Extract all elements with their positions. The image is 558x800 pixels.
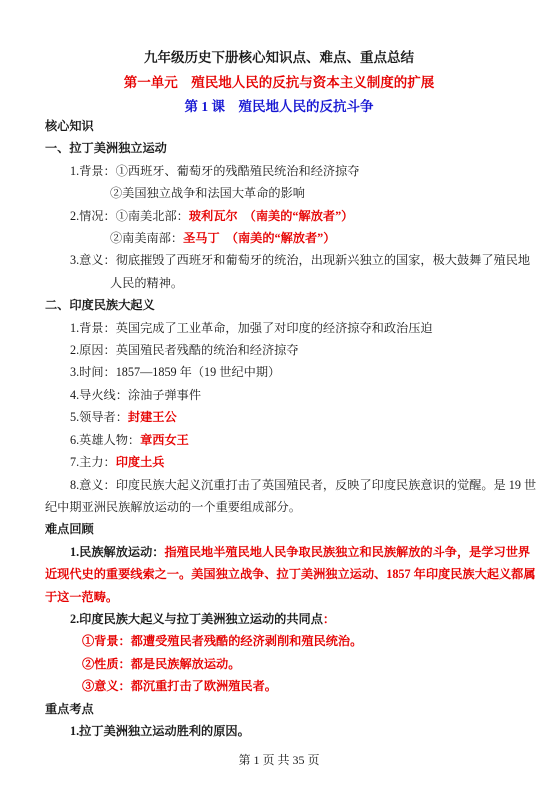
doc-line: ①背景：都遭受殖民者残酷的经济剥削和殖民统治。 xyxy=(45,630,535,652)
doc-line: 1.拉丁美洲独立运动胜利的原因。 xyxy=(45,720,535,742)
text-segment: 二、印度民族大起义 xyxy=(45,298,155,312)
text-segment: ②美国独立战争和法国大革命的影响 xyxy=(110,186,305,200)
text-segment: 8.意义：印度民族大起义沉重打击了英国殖民者，反映了印度民族意识的觉醒。是 19… xyxy=(70,478,536,492)
text-segment: 3.意义：彻底摧毁了西班牙和葡萄牙的统治，出现新兴独立的国家，极大鼓舞了殖民地 xyxy=(70,253,530,267)
text-segment: 5.领导者： xyxy=(70,410,128,424)
doc-line: 2.印度民族大起义与拉丁美洲独立运动的共同点： xyxy=(45,608,535,630)
doc-line: 2.情况：①南美北部：玻利瓦尔 （南美的“解放者”） xyxy=(45,205,535,227)
doc-line: 1.背景：①西班牙、葡萄牙的残酷殖民统治和经济掠夺 xyxy=(45,160,535,182)
doc-title: 九年级历史下册核心知识点、难点、重点总结 xyxy=(0,46,558,71)
doc-line: 5.领导者：封建王公 xyxy=(45,406,535,428)
doc-line: 2.原因：英国殖民者残酷的统治和经济掠夺 xyxy=(45,339,535,361)
text-segment: 7.主力： xyxy=(70,455,116,469)
text-segment: 于这一范畴。 xyxy=(45,590,118,604)
text-segment: 3.时间：1857—1859 年（19 世纪中期） xyxy=(70,365,280,379)
document-page: 九年级历史下册核心知识点、难点、重点总结 第一单元 殖民地人民的反抗与资本主义制… xyxy=(0,0,558,800)
doc-line: ②美国独立战争和法国大革命的影响 xyxy=(45,182,535,204)
text-segment: 4.导火线：涂油子弹事件 xyxy=(70,388,201,402)
doc-line: 难点回顾 xyxy=(45,518,535,540)
text-segment: 章西女王 xyxy=(140,433,189,447)
doc-line: 核心知识 xyxy=(45,115,535,137)
text-segment: ①背景：都遭受殖民者残酷的经济剥削和殖民统治。 xyxy=(82,634,362,648)
text-segment: 2.印度民族大起义与拉丁美洲独立运动的共同点 xyxy=(70,612,323,626)
text-segment: 重点考点 xyxy=(45,702,94,716)
text-segment: 近现代史的重要线索之一。美国独立战争、拉丁美洲独立运动、1857 年印度民族大起… xyxy=(45,567,536,581)
text-segment: 2.原因：英国殖民者残酷的统治和经济掠夺 xyxy=(70,343,299,357)
doc-line: 纪中期亚洲民族解放运动的一个重要组成部分。 xyxy=(45,496,535,518)
text-segment: 封建王公 xyxy=(128,410,177,424)
text-segment: 圣马丁 （南美的“解放者”） xyxy=(183,231,335,245)
text-segment: 人民的精神。 xyxy=(110,276,183,290)
text-segment: 1.民族解放运动： xyxy=(70,545,164,559)
text-segment: ： xyxy=(323,612,335,626)
text-segment: 一、拉丁美洲独立运动 xyxy=(45,141,167,155)
text-segment: ③意义：都沉重打击了欧洲殖民者。 xyxy=(82,679,277,693)
doc-line: 4.导火线：涂油子弹事件 xyxy=(45,384,535,406)
doc-line: 二、印度民族大起义 xyxy=(45,294,535,316)
text-segment: 6.英雄人物： xyxy=(70,433,140,447)
doc-line: 3.意义：彻底摧毁了西班牙和葡萄牙的统治，出现新兴独立的国家，极大鼓舞了殖民地 xyxy=(45,249,535,271)
doc-body: 核心知识一、拉丁美洲独立运动1.背景：①西班牙、葡萄牙的残酷殖民统治和经济掠夺②… xyxy=(45,115,535,742)
text-segment: 印度土兵 xyxy=(116,455,165,469)
doc-line: 6.英雄人物：章西女王 xyxy=(45,429,535,451)
text-segment: 纪中期亚洲民族解放运动的一个重要组成部分。 xyxy=(45,500,301,514)
header-block: 九年级历史下册核心知识点、难点、重点总结 第一单元 殖民地人民的反抗与资本主义制… xyxy=(0,46,558,120)
doc-line: 8.意义：印度民族大起义沉重打击了英国殖民者，反映了印度民族意识的觉醒。是 19… xyxy=(45,474,535,496)
text-segment: 指殖民地半殖民地人民争取民族独立和民族解放的斗争，是学习世界 xyxy=(164,545,530,559)
doc-line: 一、拉丁美洲独立运动 xyxy=(45,137,535,159)
text-segment: 玻利瓦尔 （南美的“解放者”） xyxy=(189,209,354,223)
text-segment: 1.拉丁美洲独立运动胜利的原因。 xyxy=(70,724,250,738)
doc-line: ②性质：都是民族解放运动。 xyxy=(45,653,535,675)
text-segment: 难点回顾 xyxy=(45,522,94,536)
page-number: 第 1 页 共 35 页 xyxy=(0,751,558,768)
doc-line: 近现代史的重要线索之一。美国独立战争、拉丁美洲独立运动、1857 年印度民族大起… xyxy=(45,563,535,585)
doc-line: 重点考点 xyxy=(45,698,535,720)
text-segment: 核心知识 xyxy=(45,119,94,133)
doc-line: 于这一范畴。 xyxy=(45,586,535,608)
text-segment: 1.背景：英国完成了工业革命，加强了对印度的经济掠夺和政治压迫 xyxy=(70,321,433,335)
text-segment: ②性质：都是民族解放运动。 xyxy=(82,657,240,671)
doc-line: 3.时间：1857—1859 年（19 世纪中期） xyxy=(45,361,535,383)
text-segment: 1.背景：①西班牙、葡萄牙的残酷殖民统治和经济掠夺 xyxy=(70,164,359,178)
doc-line: 1.民族解放运动：指殖民地半殖民地人民争取民族独立和民族解放的斗争，是学习世界 xyxy=(45,541,535,563)
doc-line: 人民的精神。 xyxy=(45,272,535,294)
unit-heading: 第一单元 殖民地人民的反抗与资本主义制度的扩展 xyxy=(0,71,558,96)
doc-line: 7.主力：印度土兵 xyxy=(45,451,535,473)
text-segment: ②南美南部： xyxy=(110,231,183,245)
doc-line: ②南美南部：圣马丁 （南美的“解放者”） xyxy=(45,227,535,249)
text-segment: 2.情况：①南美北部： xyxy=(70,209,189,223)
doc-line: ③意义：都沉重打击了欧洲殖民者。 xyxy=(45,675,535,697)
doc-line: 1.背景：英国完成了工业革命，加强了对印度的经济掠夺和政治压迫 xyxy=(45,317,535,339)
